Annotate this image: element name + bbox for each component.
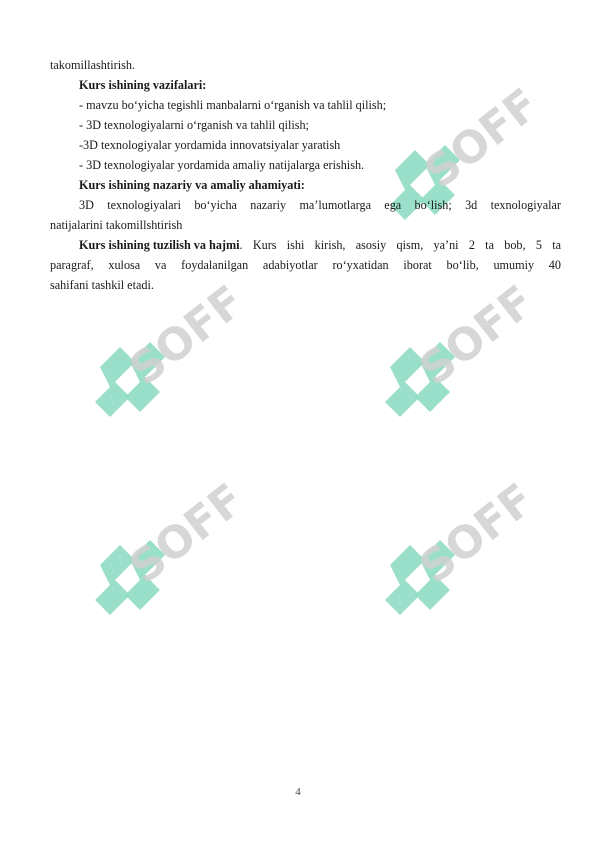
svg-text:SOFF: SOFF [410,480,543,594]
watermark-soff: SOFF [75,480,255,630]
soff-logo-icon: SOFF [365,480,545,630]
svg-text:SOFF: SOFF [120,282,253,396]
section-heading-significance: Kurs ishining nazariy va amaliy ahamiyat… [50,175,561,195]
text-line: . Kurs ishi kirish, asosiy qism, ya’ni 2… [240,235,561,255]
list-item: - 3D texnologiyalarni o‘rganish va tahli… [50,115,561,135]
text-line: 3D texnologiyalari bo‘yicha nazariy ma’l… [79,195,561,215]
text-line: takomillashtirish. [50,55,561,75]
watermark-soff: SOFF [365,480,545,630]
paragraph-structure-line: paragraf, xulosa va foydalanilgan adabiy… [50,255,561,275]
document-page: SOFF SOFF SOFF SOFF [0,0,596,842]
paragraph-structure-line: Kurs ishining tuzilish va hajmi. Kurs is… [50,235,561,255]
page-number: 4 [0,786,596,798]
text-line: natijalarini takomillshtirish [50,215,561,235]
list-item: -3D texnologiyalar yordamida innovatsiya… [50,135,561,155]
soff-logo-icon: SOFF [75,480,255,630]
list-item: - mavzu bo‘yicha tegishli manbalarni o‘r… [50,95,561,115]
text-line: sahifani tashkil etadi. [50,275,561,295]
paragraph-significance-line: 3D texnologiyalari bo‘yicha nazariy ma’l… [50,195,561,215]
svg-text:SOFF: SOFF [120,480,253,594]
soff-logo-icon: SOFF [75,282,255,432]
section-heading-structure: Kurs ishining tuzilish va hajmi [79,235,240,255]
soff-logo-icon: SOFF [365,282,545,432]
list-item: - 3D texnologiyalar yordamida amaliy nat… [50,155,561,175]
document-body: takomillashtirish. Kurs ishining vazifal… [50,55,561,295]
section-heading-tasks: Kurs ishining vazifalari: [50,75,561,95]
watermark-soff: SOFF [75,282,255,432]
watermark-soff: SOFF [365,282,545,432]
svg-text:SOFF: SOFF [410,282,543,396]
text-line: paragraf, xulosa va foydalanilgan adabiy… [50,255,561,275]
